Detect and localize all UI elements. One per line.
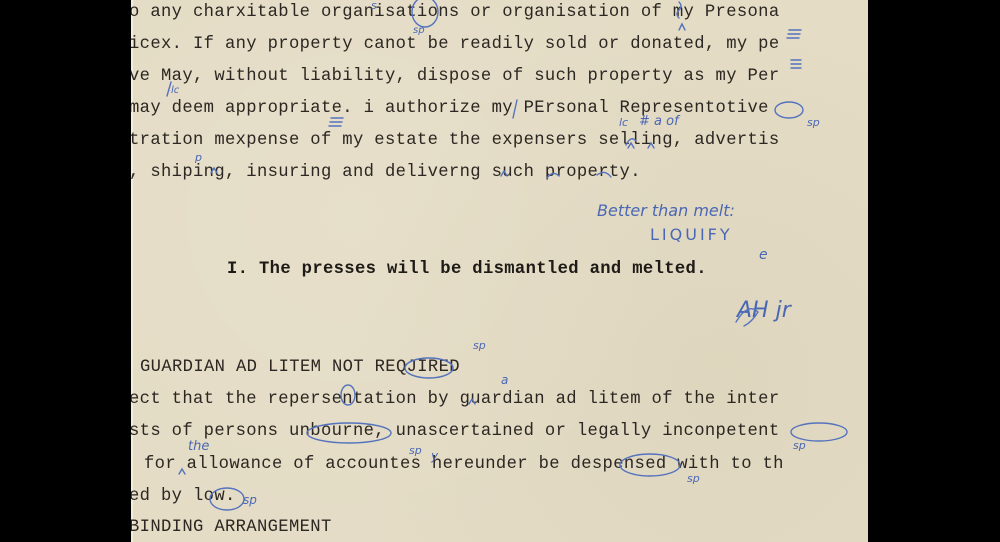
typed-line: ve May, without liability, dispose of su… xyxy=(131,67,780,87)
section-title: GUARDIAN AD LITEM NOT REQJIRED xyxy=(140,358,460,378)
typed-line: icex. If any property canot be readily s… xyxy=(131,35,780,55)
section-heading: I. The presses will be dismantled and me… xyxy=(227,260,707,280)
document-page: o any charxitable organisations or organ… xyxy=(131,0,868,542)
comment-liquify: LIQUIFY xyxy=(650,227,733,243)
sp-mark: sp xyxy=(687,473,700,484)
delete-mark: y xyxy=(431,450,438,462)
sp-mark: sp xyxy=(409,445,422,456)
insert-s-mark: s xyxy=(371,0,377,11)
body-line: ed by low. xyxy=(131,487,236,507)
insert-hash-a-of: # a of xyxy=(639,115,679,128)
insert-p-mark: p xyxy=(195,152,202,163)
next-section-title: BINDING ARRANGEMENT xyxy=(131,518,332,538)
insert-the-mark: the xyxy=(188,440,209,453)
comment-better-than-melt: Better than melt: xyxy=(597,203,735,219)
initials-signature: AH jr xyxy=(737,300,791,322)
sp-mark: sp xyxy=(793,440,806,451)
lc-mark: lc xyxy=(619,117,628,128)
typed-line: o any charxitable organisations or organ… xyxy=(131,3,780,23)
lc-mark: lc xyxy=(171,86,179,96)
sp-mark: sp xyxy=(243,494,257,506)
sp-mark: sp xyxy=(807,117,820,128)
typed-line: tration mexpense of my estate the expens… xyxy=(131,131,780,151)
sp-mark: sp xyxy=(473,340,486,351)
insert-e-mark: e xyxy=(759,248,768,262)
insert-a-mark: a xyxy=(501,374,508,386)
body-line: ect that the repersentation by guardian … xyxy=(131,390,780,410)
sp-mark: sp xyxy=(413,26,425,36)
typed-line: , shiping, insuring and deliverng such p… xyxy=(131,163,641,183)
body-line: sts of persons unbourne, unascertained o… xyxy=(131,422,780,442)
